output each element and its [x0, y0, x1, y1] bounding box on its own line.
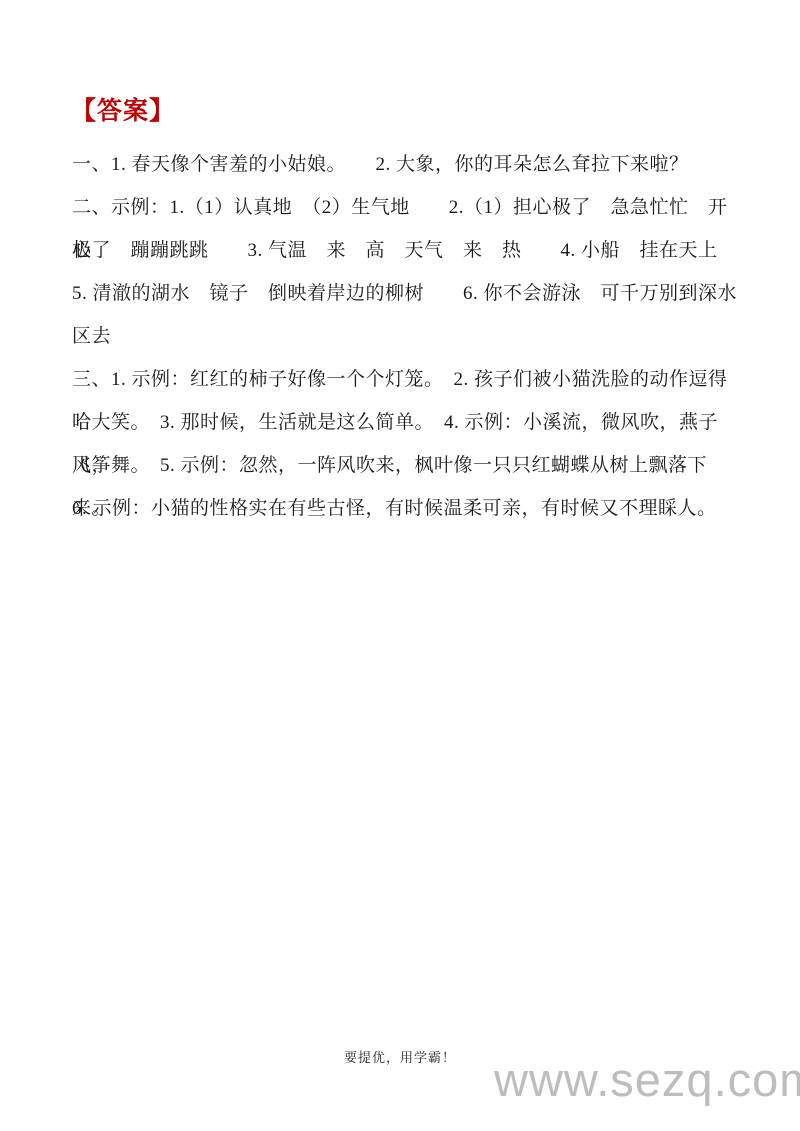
answer-section-title: 【答案】: [71, 97, 175, 127]
site-watermark: www.sezq.com: [494, 1052, 800, 1107]
answer-line: 6. 示例：小猫的性格实在有些古怪，有时候温柔可亲，有时候又不理睬人。: [72, 487, 744, 530]
answer-line: 5. 清澈的湖水 镜子 倒映着岸边的柳树 6. 你不会游泳 可千万别到深水: [72, 272, 744, 315]
answer-line: 区去: [72, 315, 744, 358]
answer-line: 哈大笑。 3. 那时候，生活就是这么简单。 4. 示例：小溪流，微风吹，燕子飞，: [72, 401, 744, 444]
answer-line: 极了 蹦蹦跳跳 3. 气温 来 高 天气 来 热 4. 小船 挂在天上: [72, 229, 744, 272]
answer-line: 一、1. 春天像个害羞的小姑娘。 2. 大象，你的耳朵怎么耷拉下来啦？: [72, 143, 744, 186]
answer-line: 三、1. 示例：红红的柿子好像一个个灯笼。 2. 孩子们被小猫洗脸的动作逗得哈: [72, 358, 744, 401]
answer-line: 二、示例：1.（1）认真地 （2）生气地 2.（1）担心极了 急急忙忙 开心: [72, 186, 744, 229]
document-page: 【答案】 一、1. 春天像个害羞的小姑娘。 2. 大象，你的耳朵怎么耷拉下来啦？…: [0, 0, 800, 1131]
answer-line: 风筝舞。 5. 示例：忽然，一阵风吹来，枫叶像一只只红蝴蝶从树上飘落下来。: [72, 444, 744, 487]
answer-block: 一、1. 春天像个害羞的小姑娘。 2. 大象，你的耳朵怎么耷拉下来啦？ 二、示例…: [72, 143, 744, 530]
